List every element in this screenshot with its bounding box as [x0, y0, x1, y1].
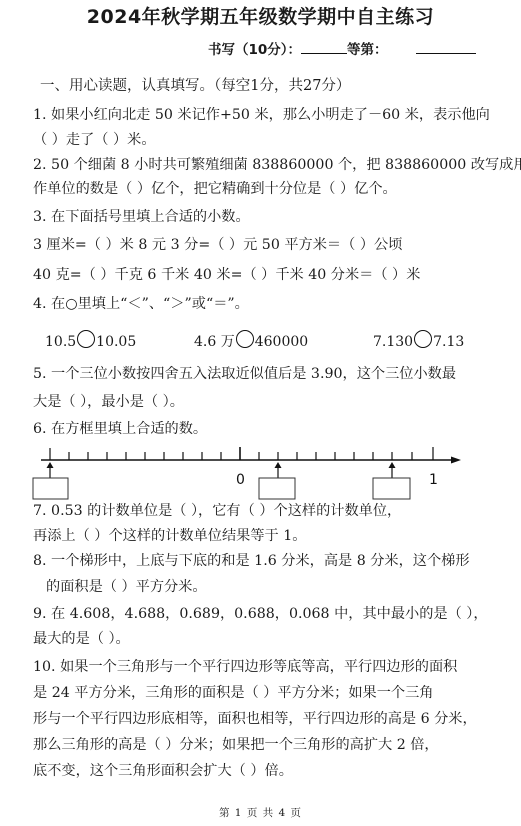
question-10-line-4: 那么三角形的高是（ ）分米；如果把一个三角形的高扩大 2 倍， — [33, 736, 439, 754]
comparison-item-3: 7.1307.13 — [373, 330, 464, 350]
one-label: 1 — [429, 472, 438, 488]
comparison-item-1: 10.510.05 — [45, 330, 136, 350]
question-6-line-1: 6. 在方框里填上合适的数。 — [33, 420, 207, 438]
page-title: 2024年秋学期五年级数学期中自主练习 — [0, 2, 521, 29]
score-header: 书写（10分）：等第： — [208, 38, 476, 58]
question-10-line-3: 形与一个平行四边形底相等，面积也相等，平行四边形的高是 6 分米， — [33, 710, 477, 728]
question-3-line-2: 3 厘米=（ ）米 8 元 3 分=（ ）元 50 平方米＝（ ）公顷 — [33, 236, 402, 254]
answer-box-1[interactable] — [33, 462, 68, 499]
section-heading: 一、用心读题，认真填写。（每空1分，共27分） — [40, 74, 350, 95]
comparison-left: 7.130 — [373, 334, 413, 350]
question-3-line-1: 3. 在下面括号里填上合适的小数。 — [33, 208, 250, 226]
question-4-line-1: 4. 在○里填上“＜”、“＞”或“＝”。 — [33, 295, 249, 313]
question-5-line-2: 大是（ ），最小是（ ）。 — [33, 393, 184, 411]
grade-blank[interactable] — [416, 41, 476, 54]
grade-label: 等第： — [347, 42, 388, 58]
answer-box-2[interactable] — [259, 462, 295, 499]
comparison-circle[interactable] — [77, 330, 95, 348]
zero-label: 0 — [236, 472, 245, 488]
comparison-right: 10.05 — [96, 334, 136, 350]
question-1-line-1: 1. 如果小红向北走 50 米记作+50 米，那么小明走了－60 米，表示他向 — [33, 106, 490, 124]
comparison-right: 7.13 — [433, 334, 464, 350]
comparison-item-2: 4.6 万460000 — [194, 330, 308, 351]
question-1-line-2: （ ）走了（ ）米。 — [33, 131, 156, 149]
comparison-circle[interactable] — [414, 330, 432, 348]
answer-box-3[interactable] — [373, 462, 410, 499]
question-7-line-2: 再添上（ ）个这样的计数单位结果等于 1。 — [33, 527, 306, 545]
question-9-line-1: 9. 在 4.608，4.688，0.689，0.688，0.068 中，其中最… — [33, 605, 488, 623]
question-5-line-1: 5. 一个三位小数按四舍五入法取近似值后是 3.90，这个三位小数最 — [33, 365, 456, 383]
comparison-left: 10.5 — [45, 334, 76, 350]
question-3-line-3: 40 克=（ ）千克 6 千米 40 米=（ ）千米 40 分米＝（ ）米 — [33, 266, 420, 284]
question-2-line-1: 2. 50 个细菌 8 小时共可繁殖细菌 838860000 个，把 83886… — [33, 156, 521, 174]
question-8-line-1: 8. 一个梯形中，上底与下底的和是 1.6 分米，高是 8 分米，这个梯形 — [33, 552, 470, 570]
question-7-line-1: 7. 0.53 的计数单位是（ ），它有（ ）个这样的计数单位， — [33, 502, 401, 520]
question-10-line-2: 是 24 平方分米，三角形的面积是（ ）平方分米；如果一个三角 — [33, 684, 433, 702]
question-10-line-5: 底不变，这个三角形面积会扩大（ ）倍。 — [33, 762, 293, 780]
question-2-line-2: 作单位的数是（ ）亿个，把它精确到十分位是（ ）亿个。 — [33, 180, 397, 198]
question-10-line-1: 10. 如果一个三角形与一个平行四边形等底等高，平行四边形的面积 — [33, 658, 457, 676]
writing-score-blank[interactable] — [301, 41, 347, 54]
writing-score-label: 书写（10分）： — [208, 42, 301, 58]
number-line: 0 1 — [0, 440, 521, 500]
comparison-left: 4.6 万 — [194, 334, 235, 350]
question-9-line-2: 最大的是（ ）。 — [33, 630, 130, 648]
comparison-right: 460000 — [255, 334, 308, 350]
page-footer: 第 1 页 共 4 页 — [0, 805, 521, 820]
comparison-circle[interactable] — [236, 330, 254, 348]
question-8-line-2: 的面积是（ ）平方分米。 — [46, 578, 207, 596]
